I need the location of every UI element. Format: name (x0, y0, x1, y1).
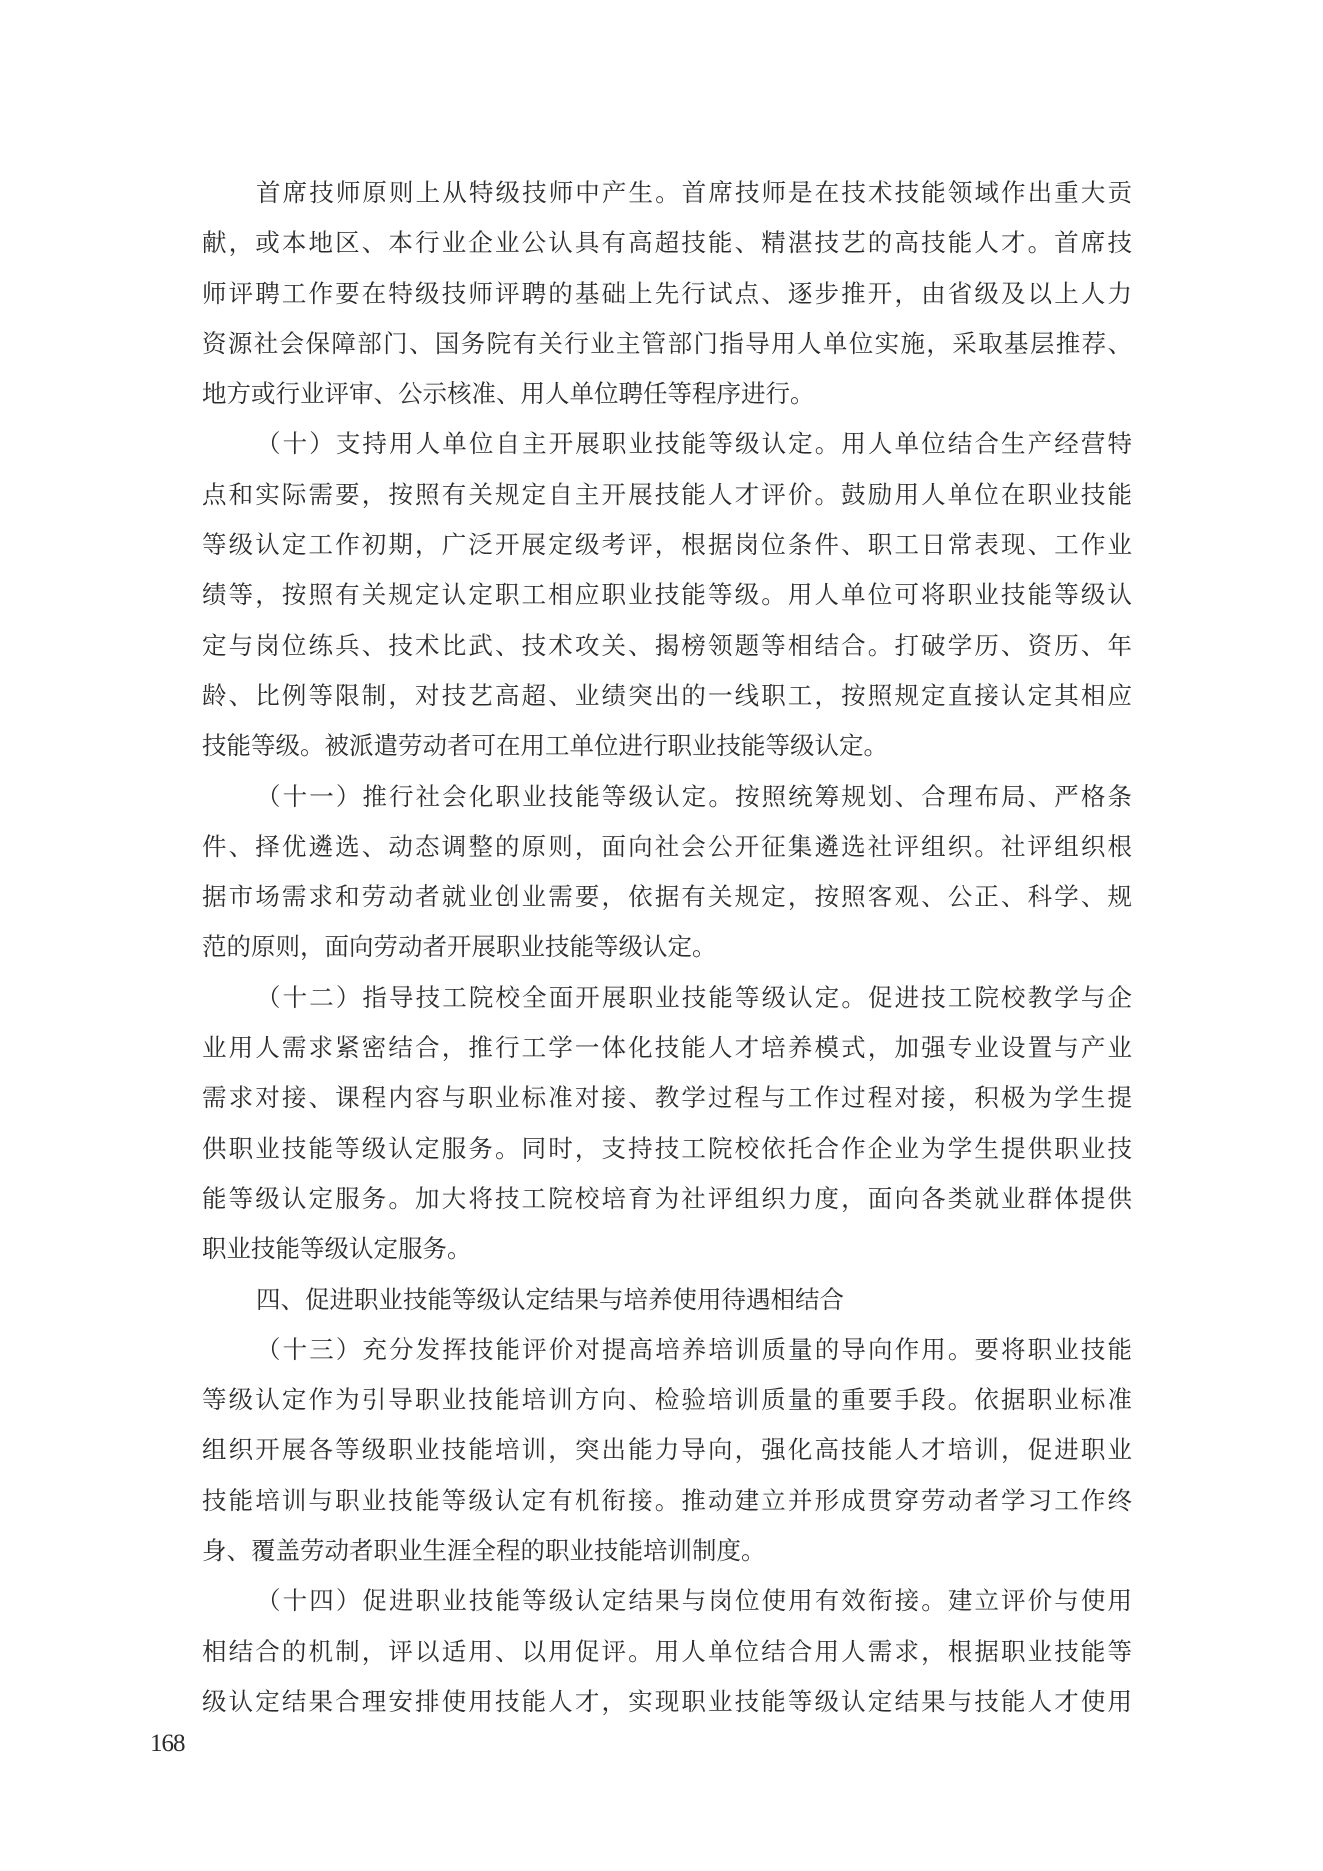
text-line: 组织开展各等级职业技能培训，突出能力导向，强化高技能人才培训，促进职业 (202, 1425, 1132, 1475)
text-line: 资源社会保障部门、国务院有关行业主管部门指导用人单位实施，采取基层推荐、 (202, 319, 1132, 369)
text-line: 师评聘工作要在特级技师评聘的基础上先行试点、逐步推开，由省级及以上人力 (202, 269, 1132, 319)
text-line: 职业技能等级认定服务。 (202, 1224, 1132, 1274)
document-body: 首席技师原则上从特级技师中产生。首席技师是在技术技能领域作出重大贡 献，或本地区… (202, 168, 1132, 1727)
text-line: 件、择优遴选、动态调整的原则，面向社会公开征集遴选社评组织。社评组织根 (202, 822, 1132, 872)
section-heading-14: （十四）促进职业技能等级认定结果与岗位使用有效衔接。建立评价与使用 (202, 1576, 1132, 1626)
page-number: 168 (150, 1730, 185, 1758)
text-line: 供职业技能等级认定服务。同时，支持技工院校依托合作企业为学生提供职业技 (202, 1124, 1132, 1174)
text-line: 等级认定作为引导职业技能培训方向、检验培训质量的重要手段。依据职业标准 (202, 1375, 1132, 1425)
section-heading-11: （十一）推行社会化职业技能等级认定。按照统筹规划、合理布局、严格条 (202, 772, 1132, 822)
text-line: 定与岗位练兵、技术比武、技术攻关、揭榜领题等相结合。打破学历、资历、年 (202, 621, 1132, 671)
text-line: 绩等，按照有关规定认定职工相应职业技能等级。用人单位可将职业技能等级认 (202, 570, 1132, 620)
text-line: 身、覆盖劳动者职业生涯全程的职业技能培训制度。 (202, 1526, 1132, 1576)
text-line: 技能培训与职业技能等级认定有机衔接。推动建立并形成贯穿劳动者学习工作终 (202, 1476, 1132, 1526)
text-line: 首席技师原则上从特级技师中产生。首席技师是在技术技能领域作出重大贡 (202, 168, 1132, 218)
text-line: 地方或行业评审、公示核准、用人单位聘任等程序进行。 (202, 369, 1132, 419)
text-line: 能等级认定服务。加大将技工院校培育为社评组织力度，面向各类就业群体提供 (202, 1174, 1132, 1224)
text-line: 业用人需求紧密结合，推行工学一体化技能人才培养模式，加强专业设置与产业 (202, 1023, 1132, 1073)
document-page: 首席技师原则上从特级技师中产生。首席技师是在技术技能领域作出重大贡 献，或本地区… (0, 0, 1323, 1871)
section-heading-13: （十三）充分发挥技能评价对提高培养培训质量的导向作用。要将职业技能 (202, 1325, 1132, 1375)
text-line: 范的原则，面向劳动者开展职业技能等级认定。 (202, 922, 1132, 972)
text-line: 点和实际需要，按照有关规定自主开展技能人才评价。鼓励用人单位在职业技能 (202, 470, 1132, 520)
text-line: 相结合的机制，评以适用、以用促评。用人单位结合用人需求，根据职业技能等 (202, 1627, 1132, 1677)
chapter-heading-4: 四、促进职业技能等级认定结果与培养使用待遇相结合 (202, 1275, 1132, 1325)
text-line: 等级认定工作初期，广泛开展定级考评，根据岗位条件、职工日常表现、工作业 (202, 520, 1132, 570)
section-heading-12: （十二）指导技工院校全面开展职业技能等级认定。促进技工院校教学与企 (202, 973, 1132, 1023)
section-heading-10: （十）支持用人单位自主开展职业技能等级认定。用人单位结合生产经营特 (202, 419, 1132, 469)
text-line: 技能等级。被派遣劳动者可在用工单位进行职业技能等级认定。 (202, 721, 1132, 771)
text-line: 龄、比例等限制，对技艺高超、业绩突出的一线职工，按照规定直接认定其相应 (202, 671, 1132, 721)
text-line: 需求对接、课程内容与职业标准对接、教学过程与工作过程对接，积极为学生提 (202, 1073, 1132, 1123)
text-line: 级认定结果合理安排使用技能人才，实现职业技能等级认定结果与技能人才使用 (202, 1677, 1132, 1727)
text-line: 据市场需求和劳动者就业创业需要，依据有关规定，按照客观、公正、科学、规 (202, 872, 1132, 922)
text-line: 献，或本地区、本行业企业公认具有高超技能、精湛技艺的高技能人才。首席技 (202, 218, 1132, 268)
